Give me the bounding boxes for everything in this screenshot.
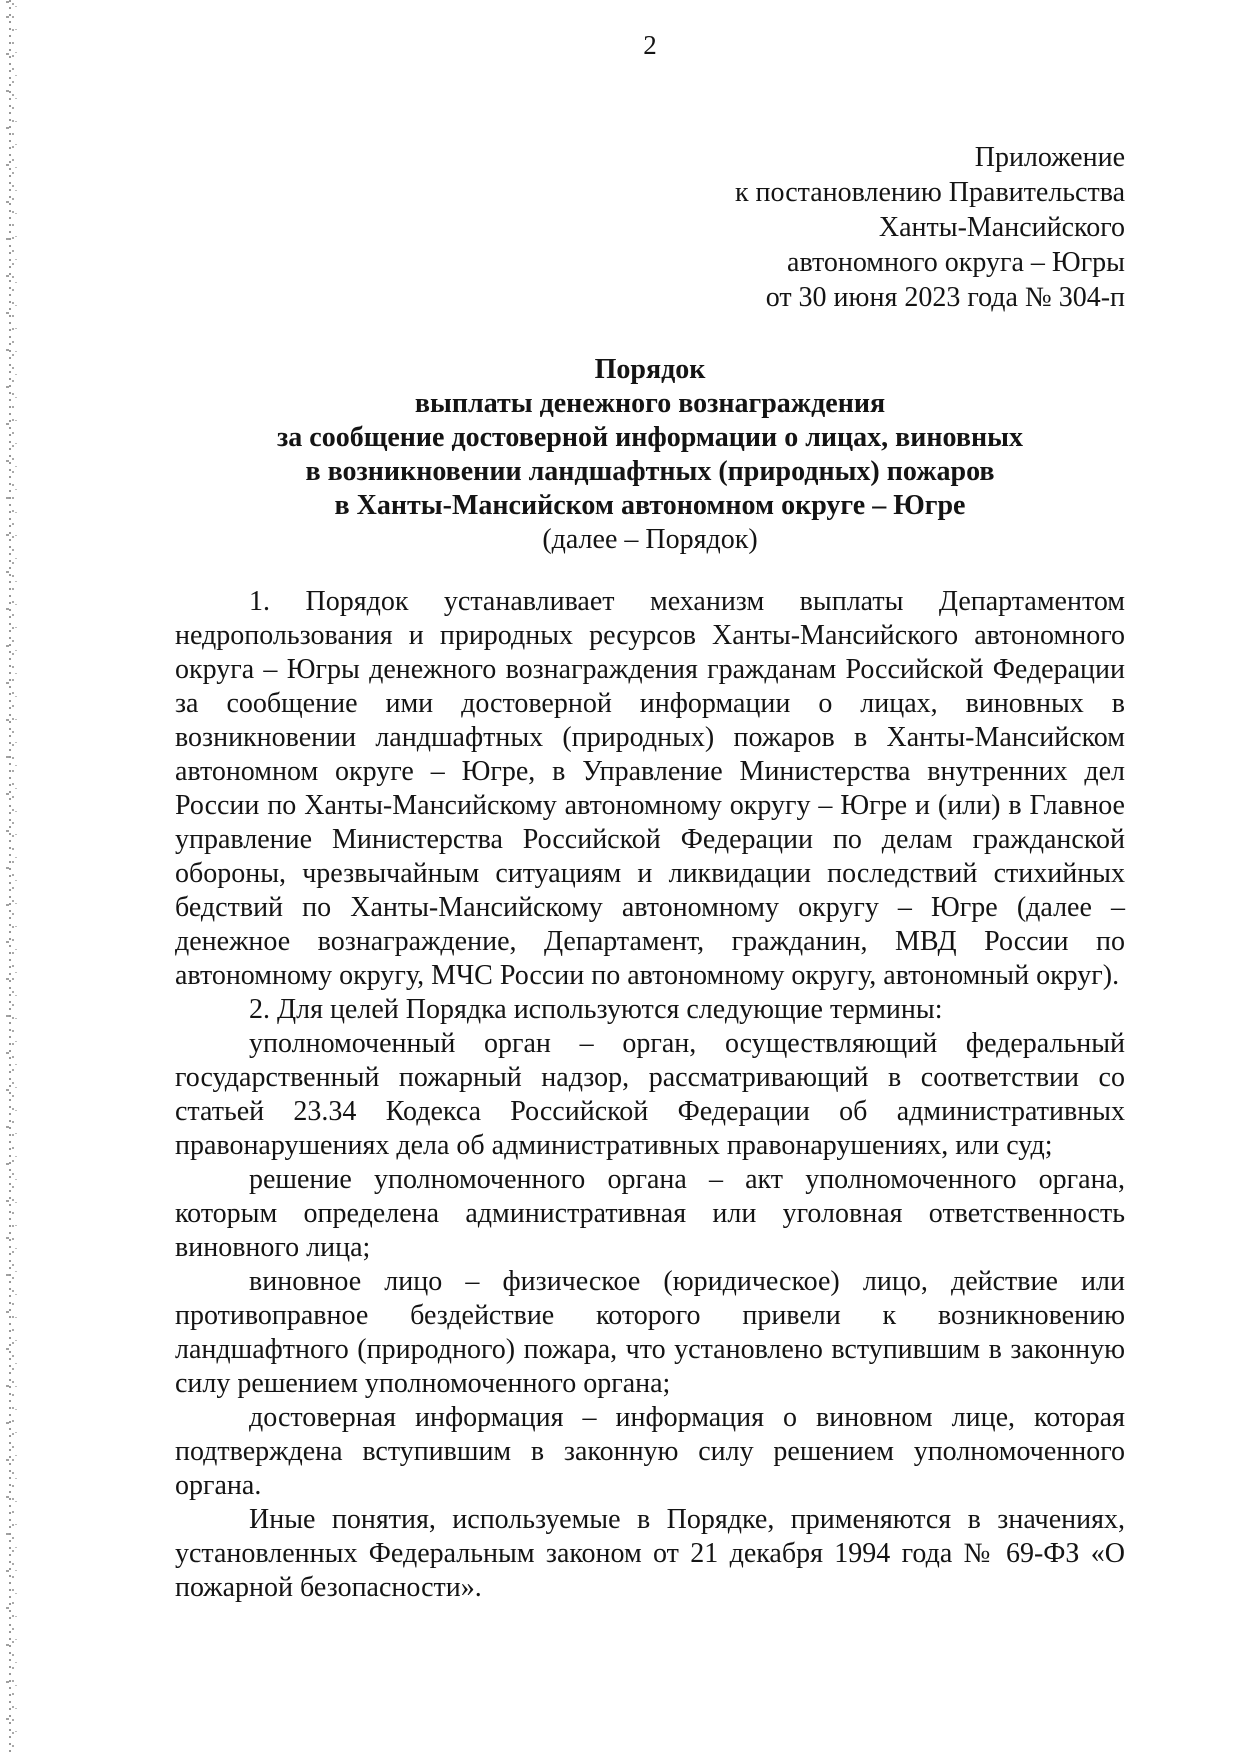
annex-header-line: Ханты-Мансийского [175, 210, 1125, 245]
title-line: в возникновении ландшафтных (природных) … [175, 455, 1125, 489]
title-subtitle: (далее – Порядок) [175, 523, 1125, 557]
scanned-document-page: 2 Приложение к постановлению Правительст… [0, 0, 1248, 1754]
body-paragraph: Иные понятия, используемые в Порядке, пр… [175, 1503, 1125, 1605]
title-line: выплаты денежного вознаграждения [175, 387, 1125, 421]
annex-header-line: Приложение [175, 140, 1125, 175]
body-paragraph: достоверная информация – информация о ви… [175, 1401, 1125, 1503]
annex-header-line: к постановлению Правительства [175, 175, 1125, 210]
page-number: 2 [175, 30, 1125, 60]
annex-header-line: от 30 июня 2023 года № 304-п [175, 280, 1125, 315]
annex-header-line: автономного округа – Югры [175, 245, 1125, 280]
title-line: за сообщение достоверной информации о ли… [175, 421, 1125, 455]
body-paragraph: 1. Порядок устанавливает механизм выплат… [175, 585, 1125, 993]
scan-edge-artifact [5, 0, 19, 1754]
body-paragraph: виновное лицо – физическое (юридическое)… [175, 1265, 1125, 1401]
document-title: Порядок выплаты денежного вознаграждения… [175, 353, 1125, 557]
body-paragraph: 2. Для целей Порядка используются следую… [175, 993, 1125, 1027]
annex-header: Приложение к постановлению Правительства… [175, 140, 1125, 315]
page-content: 2 Приложение к постановлению Правительст… [175, 0, 1125, 1605]
title-line: в Ханты-Мансийском автономном округе – Ю… [175, 489, 1125, 523]
document-body: 1. Порядок устанавливает механизм выплат… [175, 585, 1125, 1605]
body-paragraph: уполномоченный орган – орган, осуществля… [175, 1027, 1125, 1163]
title-line: Порядок [175, 353, 1125, 387]
body-paragraph: решение уполномоченного органа – акт упо… [175, 1163, 1125, 1265]
